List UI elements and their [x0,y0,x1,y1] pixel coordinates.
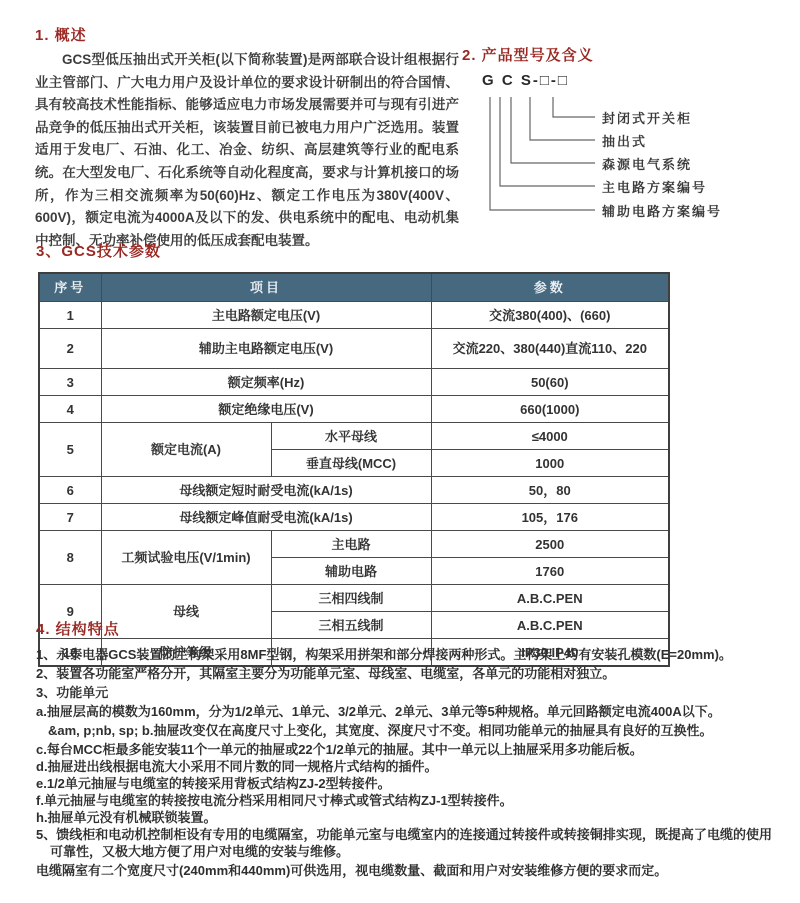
header-parameter: 参数 [431,273,669,302]
cell-no: 4 [39,396,101,423]
table-row: 6 母线额定短时耐受电流(kA/1s) 50，80 [39,477,669,504]
cell-no: 6 [39,477,101,504]
cell-no: 7 [39,504,101,531]
feature-item: 2、装置各功能室严格分开，其隔室主要分为功能单元室、母线室、电缆室，各单元的功能… [36,665,772,682]
feature-item: a.抽屉层高的模数为160mm，分为1/2单元、1单元、3/2单元、2单元、3单… [36,703,772,720]
section-1-heading: 1. 概述 [35,24,87,45]
model-label-enclosed-switchgear: 封闭式开关柜 [602,108,692,127]
feature-item: 1、永泰电器GCS装置的主构架采用8MF型钢，构架采用拼架和部分焊接两种形式。主… [36,646,772,663]
model-label-senyuan-system: 森源电气系统 [602,154,692,173]
table-row: 9 母线 三相四线制 A.B.C.PEN [39,585,669,612]
cell-param: 交流380(400)、(660) [431,302,669,329]
cell-param: 1760 [431,558,669,585]
model-label-withdrawable: 抽出式 [602,131,647,150]
cell-item: 额定电流(A) [101,423,271,477]
feature-item: 5、馈线柜和电动机控制柜设有专用的电缆隔室，功能单元室与电缆室内的连接通过转接件… [36,826,772,860]
table-row: 1 主电路额定电压(V) 交流380(400)、(660) [39,302,669,329]
section-4-heading: 4. 结构特点 [36,618,772,639]
table-row: 5 额定电流(A) 水平母线 ≤4000 [39,423,669,450]
cell-param: 50(60) [431,369,669,396]
header-serial: 序号 [39,273,101,302]
cell-param: 660(1000) [431,396,669,423]
table-row: 7 母线额定峰值耐受电流(kA/1s) 105，176 [39,504,669,531]
cell-param: A.B.C.PEN [431,585,669,612]
cell-param: 50，80 [431,477,669,504]
cell-item: 额定绝缘电压(V) [101,396,431,423]
overview-paragraph: GCS型低压抽出式开关柜(以下简称装置)是两部联合设计组根据行业主管部门、广大电… [35,49,459,252]
table-header-row: 序号 项目 参数 [39,273,669,302]
cell-item: 母线额定短时耐受电流(kA/1s) [101,477,431,504]
cell-param: ≤4000 [431,423,669,450]
table-row: 4 额定绝缘电压(V) 660(1000) [39,396,669,423]
feature-item: 3、功能单元 [36,684,772,701]
table-row: 3 额定频率(Hz) 50(60) [39,369,669,396]
section-3-heading: 3、GCS技术参数 [36,240,161,261]
cell-param: 1000 [431,450,669,477]
feature-item: d.抽屉进出线根据电流大小采用不同片数的同一规格片式结构的插件。 [36,758,772,775]
feature-item: c.每台MCC柜最多能安装11个一单元的抽屉或22个1/2单元的抽屉。其中一单元… [36,741,772,758]
cell-item: 辅助主电路额定电压(V) [101,329,431,369]
feature-item: &am, p;nb, sp; b.抽屉改变仅在高度尺寸上变化，其宽度、深度尺寸不… [36,722,772,739]
cell-param: 105，176 [431,504,669,531]
cell-no: 3 [39,369,101,396]
cell-item: 工频试验电压(V/1min) [101,531,271,585]
cell-subitem: 垂直母线(MCC) [271,450,431,477]
feature-item: f.单元抽屉与电缆室的转接按电流分档采用相同尺寸棒式或管式结构ZJ-1型转接件。 [36,792,772,809]
cell-item: 母线额定峰值耐受电流(kA/1s) [101,504,431,531]
cell-no: 8 [39,531,101,585]
cell-no: 2 [39,329,101,369]
cell-subitem: 辅助电路 [271,558,431,585]
features-section: 4. 结构特点 1、永泰电器GCS装置的主构架采用8MF型钢，构架采用拼架和部分… [36,618,772,881]
cell-no: 5 [39,423,101,477]
table-row: 2 辅助主电路额定电压(V) 交流220、380(440)直流110、220 [39,329,669,369]
cell-subitem: 水平母线 [271,423,431,450]
feature-item: 电缆隔室有二个宽度尺寸(240mm和440mm)可供选用，视电缆数量、截面和用户… [36,862,772,879]
model-diagram: 2. 产品型号及含义 G C S-□-□ 封闭式开关柜 抽出式 森源电气系统 主… [462,44,797,229]
header-item: 项目 [101,273,431,302]
model-label-aux-circuit-scheme: 辅助电路方案编号 [602,201,722,220]
cell-subitem: 主电路 [271,531,431,558]
table-row: 8 工频试验电压(V/1min) 主电路 2500 [39,531,669,558]
parameters-table: 序号 项目 参数 1 主电路额定电压(V) 交流380(400)、(660) 2… [38,272,670,667]
cell-item: 主电路额定电压(V) [101,302,431,329]
model-label-main-circuit-scheme: 主电路方案编号 [602,177,707,196]
cell-param: 交流220、380(440)直流110、220 [431,329,669,369]
cell-no: 1 [39,302,101,329]
cell-param: 2500 [431,531,669,558]
catalog-page: { "palette":{ "heading_red":"#9a2823", "… [0,0,800,903]
cell-item: 额定频率(Hz) [101,369,431,396]
feature-item: e.1/2单元抽屉与电缆室的转接采用背板式结构ZJ-2型转接件。 [36,775,772,792]
feature-item: h.抽屉单元没有机械联锁装置。 [36,809,772,826]
cell-subitem: 三相四线制 [271,585,431,612]
